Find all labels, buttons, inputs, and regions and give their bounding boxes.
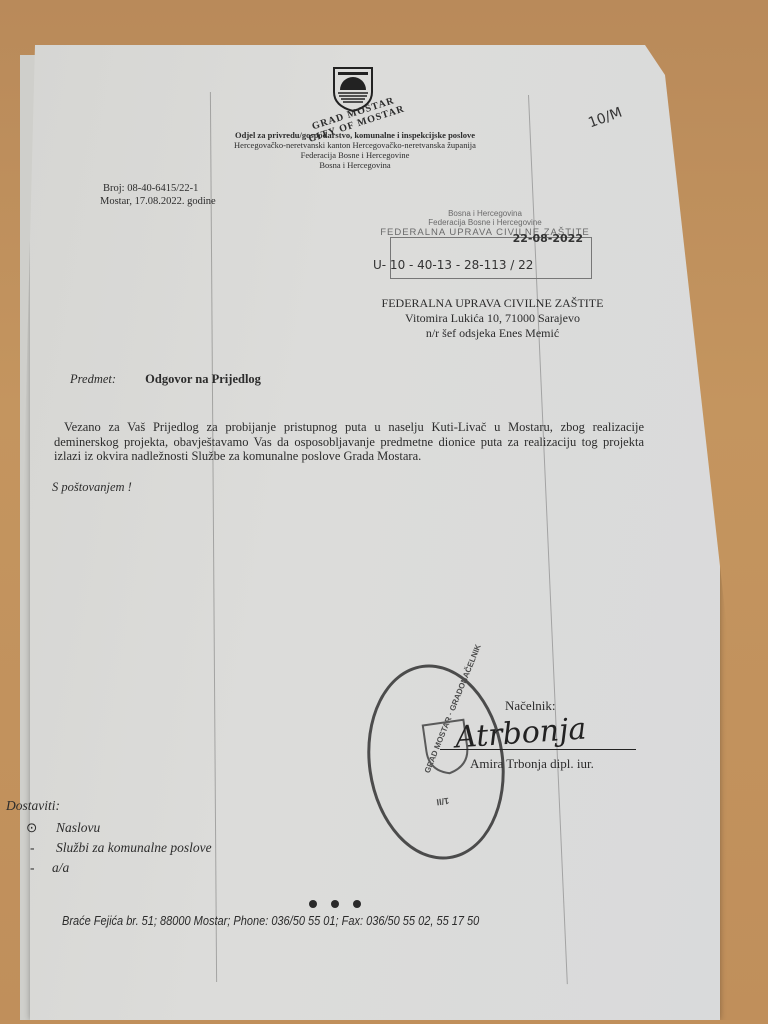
federation-name: Federacija Bosne i Hercegovine <box>190 150 520 160</box>
canton-name: Hercegovačko-neretvanski kanton Hercegov… <box>190 140 520 150</box>
country-name: Bosna i Hercegovina <box>190 160 520 170</box>
department-name: Odjel za privredu/gospodarstvo, komunaln… <box>190 130 520 140</box>
distribution-item: ⊙Naslovu <box>26 818 212 838</box>
circle-bullet-icon: ⊙ <box>26 818 56 838</box>
stamp-registration-number: U- 10 - 40-13 - 28-113 / 22 <box>373 258 533 272</box>
signatory-title: Načelnik: <box>505 698 556 714</box>
letterhead-text: Odjel za privredu/gospodarstvo, komunaln… <box>190 130 520 170</box>
dash-bullet: - <box>26 838 56 858</box>
recipient-name: FEDERALNA UPRAVA CIVILNE ZAŠTITE <box>360 296 625 311</box>
distribution-item: -a/a <box>26 858 212 878</box>
stamp-line: Federacija Bosne i Hercegovine <box>370 218 600 227</box>
recipient-address: Vitomira Lukića 10, 71000 Sarajevo <box>360 311 625 326</box>
place-and-date: Mostar, 17.08.2022. godine <box>100 195 216 208</box>
distribution-list: ⊙Naslovu -Službi za komunalne poslove -a… <box>26 818 212 878</box>
stamp-box: 22-08-2022 U- 10 - 40-13 - 28-113 / 22 <box>390 237 592 279</box>
stamp-date: 22-08-2022 <box>513 232 583 245</box>
distribution-item-text: Službi za komunalne poslove <box>56 840 212 855</box>
dot-icon <box>353 900 361 908</box>
recipient-attention: n/r šef odsjeka Enes Memić <box>360 326 625 341</box>
distribution-item-text: a/a <box>52 860 69 875</box>
distribution-item-text: Naslovu <box>56 820 100 835</box>
dot-icon <box>331 900 339 908</box>
dash-bullet: - <box>26 858 52 878</box>
body-paragraph: Vezano za Vaš Prijedlog za probijanje pr… <box>54 420 644 464</box>
registry-stamp: Bosna i Hercegovina Federacija Bosne i H… <box>370 209 600 279</box>
footer-contact: Braće Fejića br. 51; 88000 Mostar; Phone… <box>62 914 479 928</box>
stamp-line: Bosna i Hercegovina <box>370 209 600 218</box>
signatory-name: Amira Trbonja dipl. iur. <box>470 756 594 772</box>
subject-value: Odgovor na Prijedlog <box>145 372 261 386</box>
distribution-item: -Službi za komunalne poslove <box>26 838 212 858</box>
subject-label: Predmet: <box>70 372 116 386</box>
document-number: Broj: 08-40-6415/22-1 <box>100 182 216 195</box>
recipient-block: FEDERALNA UPRAVA CIVILNE ZAŠTITE Vitomir… <box>360 296 625 341</box>
dot-icon <box>309 900 317 908</box>
footer-dots <box>302 895 368 913</box>
seal-number: 1/II <box>436 796 450 808</box>
subject-line: Predmet: Odgovor na Prijedlog <box>70 372 261 387</box>
reference-block: Broj: 08-40-6415/22-1 Mostar, 17.08.2022… <box>100 182 216 208</box>
signature-line <box>440 749 636 750</box>
closing: S poštovanjem ! <box>52 480 132 495</box>
distribution-label: Dostaviti: <box>6 796 60 816</box>
